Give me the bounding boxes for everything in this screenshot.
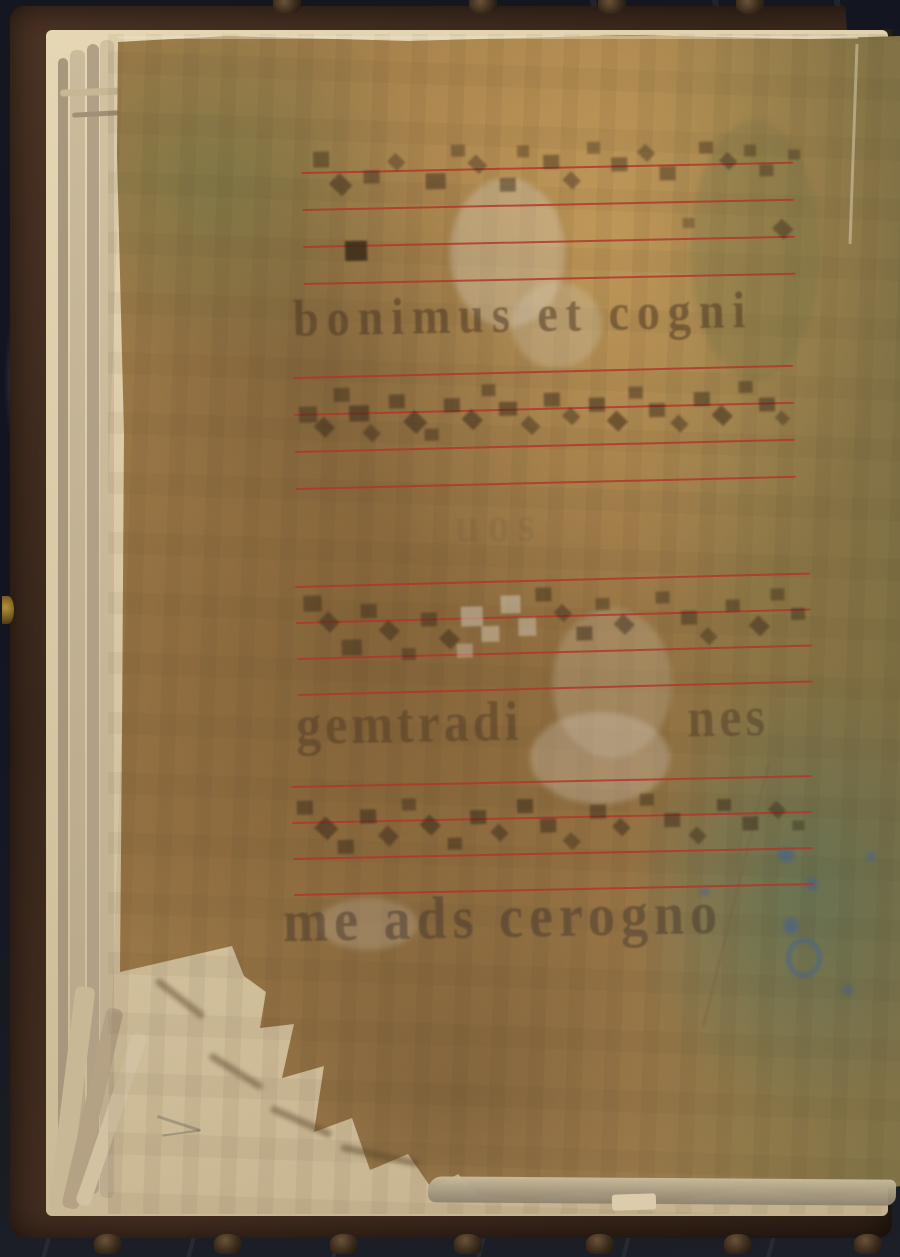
neume — [759, 397, 775, 411]
binding-boss — [330, 1234, 358, 1254]
staff-line — [294, 883, 814, 896]
music-staff-2 — [293, 365, 797, 528]
neume — [628, 386, 642, 398]
neume — [670, 414, 688, 432]
neume — [688, 826, 706, 844]
neume — [544, 393, 560, 407]
neume — [540, 818, 556, 832]
neume — [500, 595, 520, 614]
neume — [744, 144, 756, 156]
neume — [742, 816, 758, 830]
binding-boss — [273, 0, 301, 14]
neume — [640, 793, 654, 805]
neume — [554, 604, 572, 622]
neume — [611, 157, 627, 171]
neume — [481, 384, 495, 396]
neume — [500, 178, 516, 192]
neume — [462, 409, 483, 430]
neume — [402, 798, 416, 810]
neume — [738, 381, 752, 393]
blue-ink-stain — [866, 852, 876, 862]
neume — [499, 402, 517, 416]
neume — [318, 612, 339, 633]
neume — [457, 643, 473, 657]
neume — [361, 604, 377, 618]
neume — [299, 406, 317, 422]
music-staff-3 — [295, 573, 814, 734]
neume — [681, 611, 697, 625]
neume — [461, 606, 484, 627]
neume — [612, 818, 630, 836]
binding-boss — [214, 1234, 242, 1254]
neume — [517, 145, 529, 157]
staff-line — [298, 681, 813, 697]
neume — [587, 142, 600, 154]
neume — [791, 608, 805, 620]
neume — [770, 588, 784, 600]
neume — [421, 612, 437, 626]
binding-boss — [854, 1234, 882, 1254]
backdrop-corner-wedge — [845, 0, 900, 32]
neume — [788, 150, 800, 160]
neume — [576, 626, 592, 640]
binding-boss — [724, 1234, 752, 1254]
binding-boss — [598, 0, 626, 14]
neume — [349, 405, 369, 421]
neume — [792, 820, 804, 830]
neume — [360, 809, 376, 823]
binding-boss — [736, 0, 764, 14]
neume — [614, 614, 635, 635]
photograph-of-choirbook: { "book": { "cover_color": "#3f2a1e", "b… — [0, 0, 900, 1257]
neume — [303, 595, 321, 611]
neume — [481, 626, 499, 642]
neume — [424, 428, 438, 440]
neume — [520, 415, 540, 435]
blue-ink-ring — [786, 938, 822, 978]
neume — [768, 801, 786, 819]
neume — [341, 639, 361, 656]
neume — [378, 825, 399, 846]
neume — [518, 618, 536, 636]
staff-line — [296, 476, 796, 491]
neume — [451, 145, 465, 157]
neume — [717, 799, 731, 811]
neume — [333, 388, 349, 402]
staff-line — [295, 439, 795, 454]
neume — [699, 627, 717, 645]
neume — [389, 394, 405, 408]
staff-line — [303, 236, 795, 249]
neume — [562, 407, 580, 425]
damaged-bottom-edge — [428, 1176, 896, 1205]
neume — [682, 218, 694, 228]
neume — [749, 615, 770, 636]
music-staff-4 — [291, 775, 814, 934]
staff-line — [297, 645, 812, 661]
metal-clasp — [2, 596, 14, 624]
neume — [595, 598, 609, 610]
neume — [699, 141, 713, 153]
staff-line — [304, 273, 796, 286]
exposed-underpage-notch — [612, 1193, 657, 1211]
blue-ink-stain — [842, 985, 854, 995]
neume — [543, 155, 559, 169]
staff-line — [302, 199, 794, 212]
neume — [362, 424, 380, 442]
neume — [314, 816, 338, 840]
neume — [329, 173, 352, 196]
music-staff-1 — [301, 162, 796, 323]
neume — [363, 170, 379, 183]
staff-line — [293, 847, 813, 860]
neume — [659, 166, 675, 180]
neume — [470, 810, 486, 824]
neume — [589, 397, 605, 411]
neume — [712, 405, 733, 426]
neume — [338, 840, 354, 854]
neume — [425, 173, 445, 189]
neume — [345, 241, 367, 261]
neume — [562, 832, 580, 850]
neume — [517, 799, 533, 813]
neume — [726, 599, 740, 611]
neume — [448, 837, 462, 849]
neume — [562, 171, 580, 189]
binding-boss — [586, 1234, 614, 1254]
neume — [607, 411, 628, 432]
neume — [444, 398, 460, 412]
neume — [297, 801, 313, 815]
neume — [664, 813, 680, 827]
neume — [535, 587, 551, 601]
neume — [420, 815, 441, 836]
neume — [655, 591, 669, 603]
neume — [649, 403, 665, 417]
binding-boss — [469, 0, 497, 14]
page-edge — [58, 58, 68, 1188]
neume — [759, 164, 773, 176]
neume — [402, 648, 416, 660]
binding-boss — [94, 1234, 122, 1254]
neume — [313, 151, 329, 167]
binding-boss — [454, 1234, 482, 1254]
neume — [590, 804, 606, 818]
neume — [379, 620, 400, 641]
neume — [694, 392, 710, 406]
neume — [775, 410, 791, 426]
neume — [490, 823, 508, 841]
